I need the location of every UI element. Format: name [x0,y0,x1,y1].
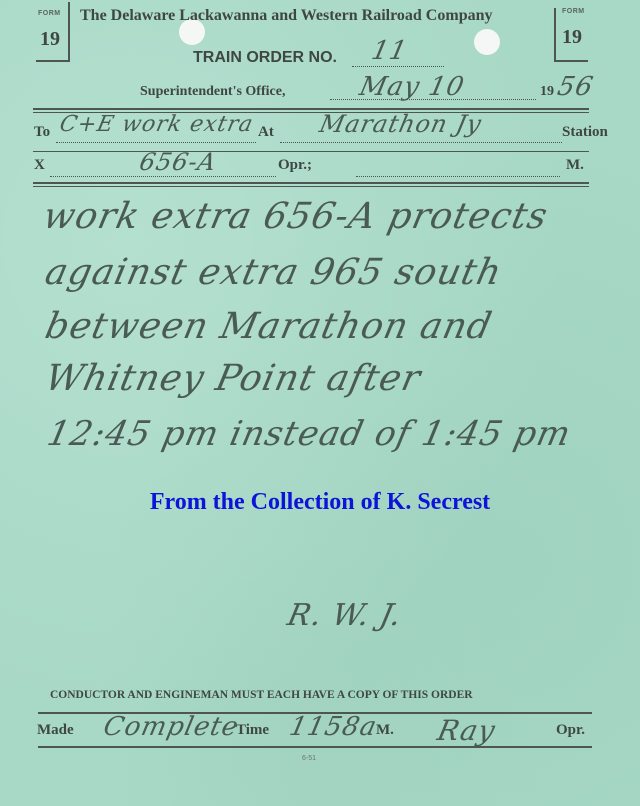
address-divider [33,151,589,152]
to-label: To [34,124,50,141]
operator-value[interactable]: Ray [434,714,498,747]
at-label: At [258,124,274,141]
order-number-line [352,66,444,67]
to-line [56,142,256,143]
dispatcher-signature: R. W. J. [284,598,405,633]
time-label: Time [236,722,269,739]
made-value[interactable]: Complete [101,712,242,742]
punch-hole-right [474,29,500,55]
order-line-5: 12:45 pm instead of 1:45 pm [44,414,575,454]
year-prefix: 19 [540,84,554,100]
date-value[interactable]: May 10 [357,72,468,102]
made-label: Made [37,722,74,739]
copy-notice: CONDUCTOR AND ENGINEMAN MUST EACH HAVE A… [50,689,473,701]
year-suffix[interactable]: 56 [555,72,596,102]
form-number-left: 19 [40,28,60,51]
collection-watermark: From the Collection of K. Secrest [0,489,640,516]
form-label-left: FORM [38,10,61,17]
address-bottom-rule [33,182,589,184]
order-line-1: work extra 656-A protects [40,196,552,237]
form-number-right: 19 [562,26,582,49]
form-label-right: FORM [562,8,585,15]
to-value[interactable]: C+E work extra [57,112,255,137]
opr-label: Opr.; [278,157,312,174]
header-divider [33,108,589,110]
print-code: 6-51 [302,755,316,762]
train-order-label: TRAIN ORDER NO. [193,49,337,67]
order-number-value[interactable]: 11 [369,36,410,66]
time-value[interactable]: 1158a [287,712,380,742]
at-line [280,142,562,143]
at-value[interactable]: Marathon Jy [317,110,484,138]
office-label: Superintendent's Office, [140,84,285,100]
time-m-label: M. [376,722,394,739]
order-line-2: against extra 965 south [42,252,506,293]
footer-bottom-rule [38,746,592,748]
order-line-4: Whitney Point after [42,358,425,399]
opr-footer-label: Opr. [556,722,585,739]
order-line-3: between Marathon and [42,306,496,347]
m-label: M. [566,157,584,174]
company-name: The Delaware Lackawanna and Western Rail… [80,7,492,25]
address-bottom-rule-2 [33,186,589,187]
x-line [50,176,276,177]
opr-line [356,176,560,177]
station-label: Station [562,124,608,141]
x-value[interactable]: 656-A [137,148,219,176]
x-label: X [34,157,45,174]
